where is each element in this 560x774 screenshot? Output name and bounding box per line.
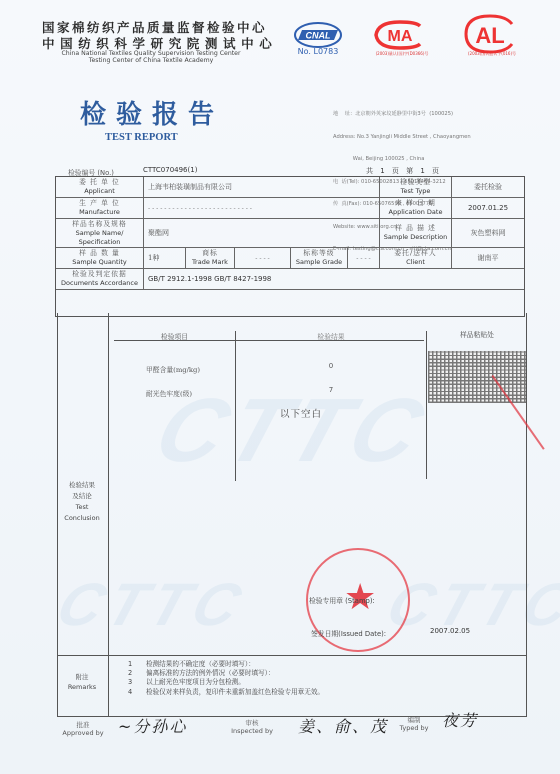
remark-item: 3以上耐光色牢度项目为分包检测。: [128, 678, 324, 687]
issued-date-label: 签发日期(Issued Date):: [311, 628, 386, 638]
inspected-by-label: 审核Inspected by: [226, 719, 278, 735]
sample-name-label: 样品名称及规格Sample Name/Specification: [56, 219, 144, 248]
address-line: Wai, Beijing 100025 , China: [333, 156, 471, 164]
approved-by-signature: ~分孙心: [118, 714, 187, 737]
test-result-formaldehyde: 0: [236, 362, 426, 370]
column-header-item: 检验项目: [114, 331, 235, 341]
approved-by-label: 批准Approved by: [58, 721, 108, 737]
report-number: CTTC070496(1): [143, 166, 197, 174]
remarks-list: 1检测结果的不确定度（必要时填写）： 2偏离标准的方法的例外情况（必要时填写）：…: [128, 660, 324, 697]
remarks-label: 附注 Remarks: [57, 672, 107, 692]
cal-logo-icon: AL: [462, 14, 518, 54]
sample-description-value: 灰色塑料网: [452, 219, 524, 248]
page-count: 共 1 页 第 1 页: [366, 166, 440, 176]
org-name-en-2: Testing Center of China Textile Academy: [42, 57, 260, 64]
svg-text:AL: AL: [475, 23, 504, 48]
applicant-value: 上海韦柏装璜制品有限公司: [144, 177, 380, 198]
manufacture-value: - - - - - - - - - - - - - - - - - - - - …: [144, 198, 380, 219]
cal-number: (2003)国认监认字(016)号: [452, 51, 532, 57]
trade-mark-label: 商标Trade Mark: [186, 248, 235, 269]
sample-quantity-label: 样 品 数 量Sample Quantity: [56, 248, 144, 269]
client-value: 谢南平: [452, 248, 524, 269]
sample-name-value: 聚酯网: [144, 219, 380, 248]
column-header-result: 检验结果: [236, 331, 426, 341]
report-title-cn: 检验报告: [80, 94, 224, 131]
applicant-label: 委 托 单 位Applicant: [56, 177, 144, 198]
test-result-light-fastness: 7: [236, 386, 426, 394]
inspected-by-signature: 姜、俞、茂: [298, 714, 388, 737]
org-name-en-1: China National Textiles Quality Supervis…: [42, 50, 260, 57]
typed-by-label: 编制Typed by: [394, 716, 434, 732]
documents-accordance-value: GB/T 2912.1-1998 GB/T 8427-1998: [144, 269, 524, 290]
application-date-label: 来 样 日 期Application Date: [380, 198, 452, 219]
sample-grade-label: 标称等级Sample Grade: [291, 248, 348, 269]
address-line: Address: No.3 Yanjingli Middle Street , …: [333, 134, 471, 142]
documents-accordance-label: 检验及判定依据Documents Accordance: [56, 269, 144, 290]
info-table: 委 托 单 位Applicant 上海韦柏装璜制品有限公司 检验类型Test T…: [55, 176, 525, 317]
test-report-page: CTTC CTTC CTTC 国家棉纺织产品质量监督检验中心 中国纺织科学研究院…: [0, 0, 560, 774]
cnal-number: No. L0783: [292, 47, 344, 56]
address-line: 地 址：北京朝外英家坟延静里中街3号 (100025): [333, 111, 471, 119]
remark-item: 1检测结果的不确定度（必要时填写）：: [128, 660, 324, 669]
blank-below-note: 以下空白: [280, 406, 322, 420]
cma-number: (2003)量认(国)字(D0366)号: [362, 51, 442, 57]
sample-description-label: 样 品 描 述Sample Description: [380, 219, 452, 248]
test-type-label: 检验类型Test Type: [380, 177, 452, 198]
cma-logo-icon: MA: [372, 20, 428, 50]
test-item-formaldehyde: 甲醛含量(mg/kg): [146, 364, 200, 374]
typed-by-signature: 夜芳: [442, 708, 478, 731]
client-label: 委托/送样人Client: [380, 248, 452, 269]
svg-text:MA: MA: [388, 28, 413, 45]
column-header-sample: 样品粘贴处: [427, 329, 527, 339]
test-type-value: 委托检验: [452, 177, 524, 198]
manufacture-label: 生 产 单 位Manufacture: [56, 198, 144, 219]
sample-grade-value: - - - -: [348, 248, 380, 269]
sample-quantity-value: 1种: [144, 248, 186, 269]
trade-mark-value: - - - -: [235, 248, 291, 269]
stamp-label: 检验专用章 (Stamp):: [309, 595, 375, 605]
test-conclusion-label: 检验结果 及结论 Test Conclusion: [57, 480, 107, 524]
report-title-en: TEST REPORT: [105, 132, 178, 143]
test-item-light-fastness: 耐光色牢度(级): [146, 388, 192, 398]
svg-text:CNAL: CNAL: [306, 31, 331, 41]
application-date-value: 2007.01.25: [452, 198, 524, 219]
issued-date: 2007.02.05: [430, 627, 470, 635]
remark-item: 4检验仅对来样负责，复印件未重新加盖红色检验专用章无效。: [128, 688, 324, 697]
